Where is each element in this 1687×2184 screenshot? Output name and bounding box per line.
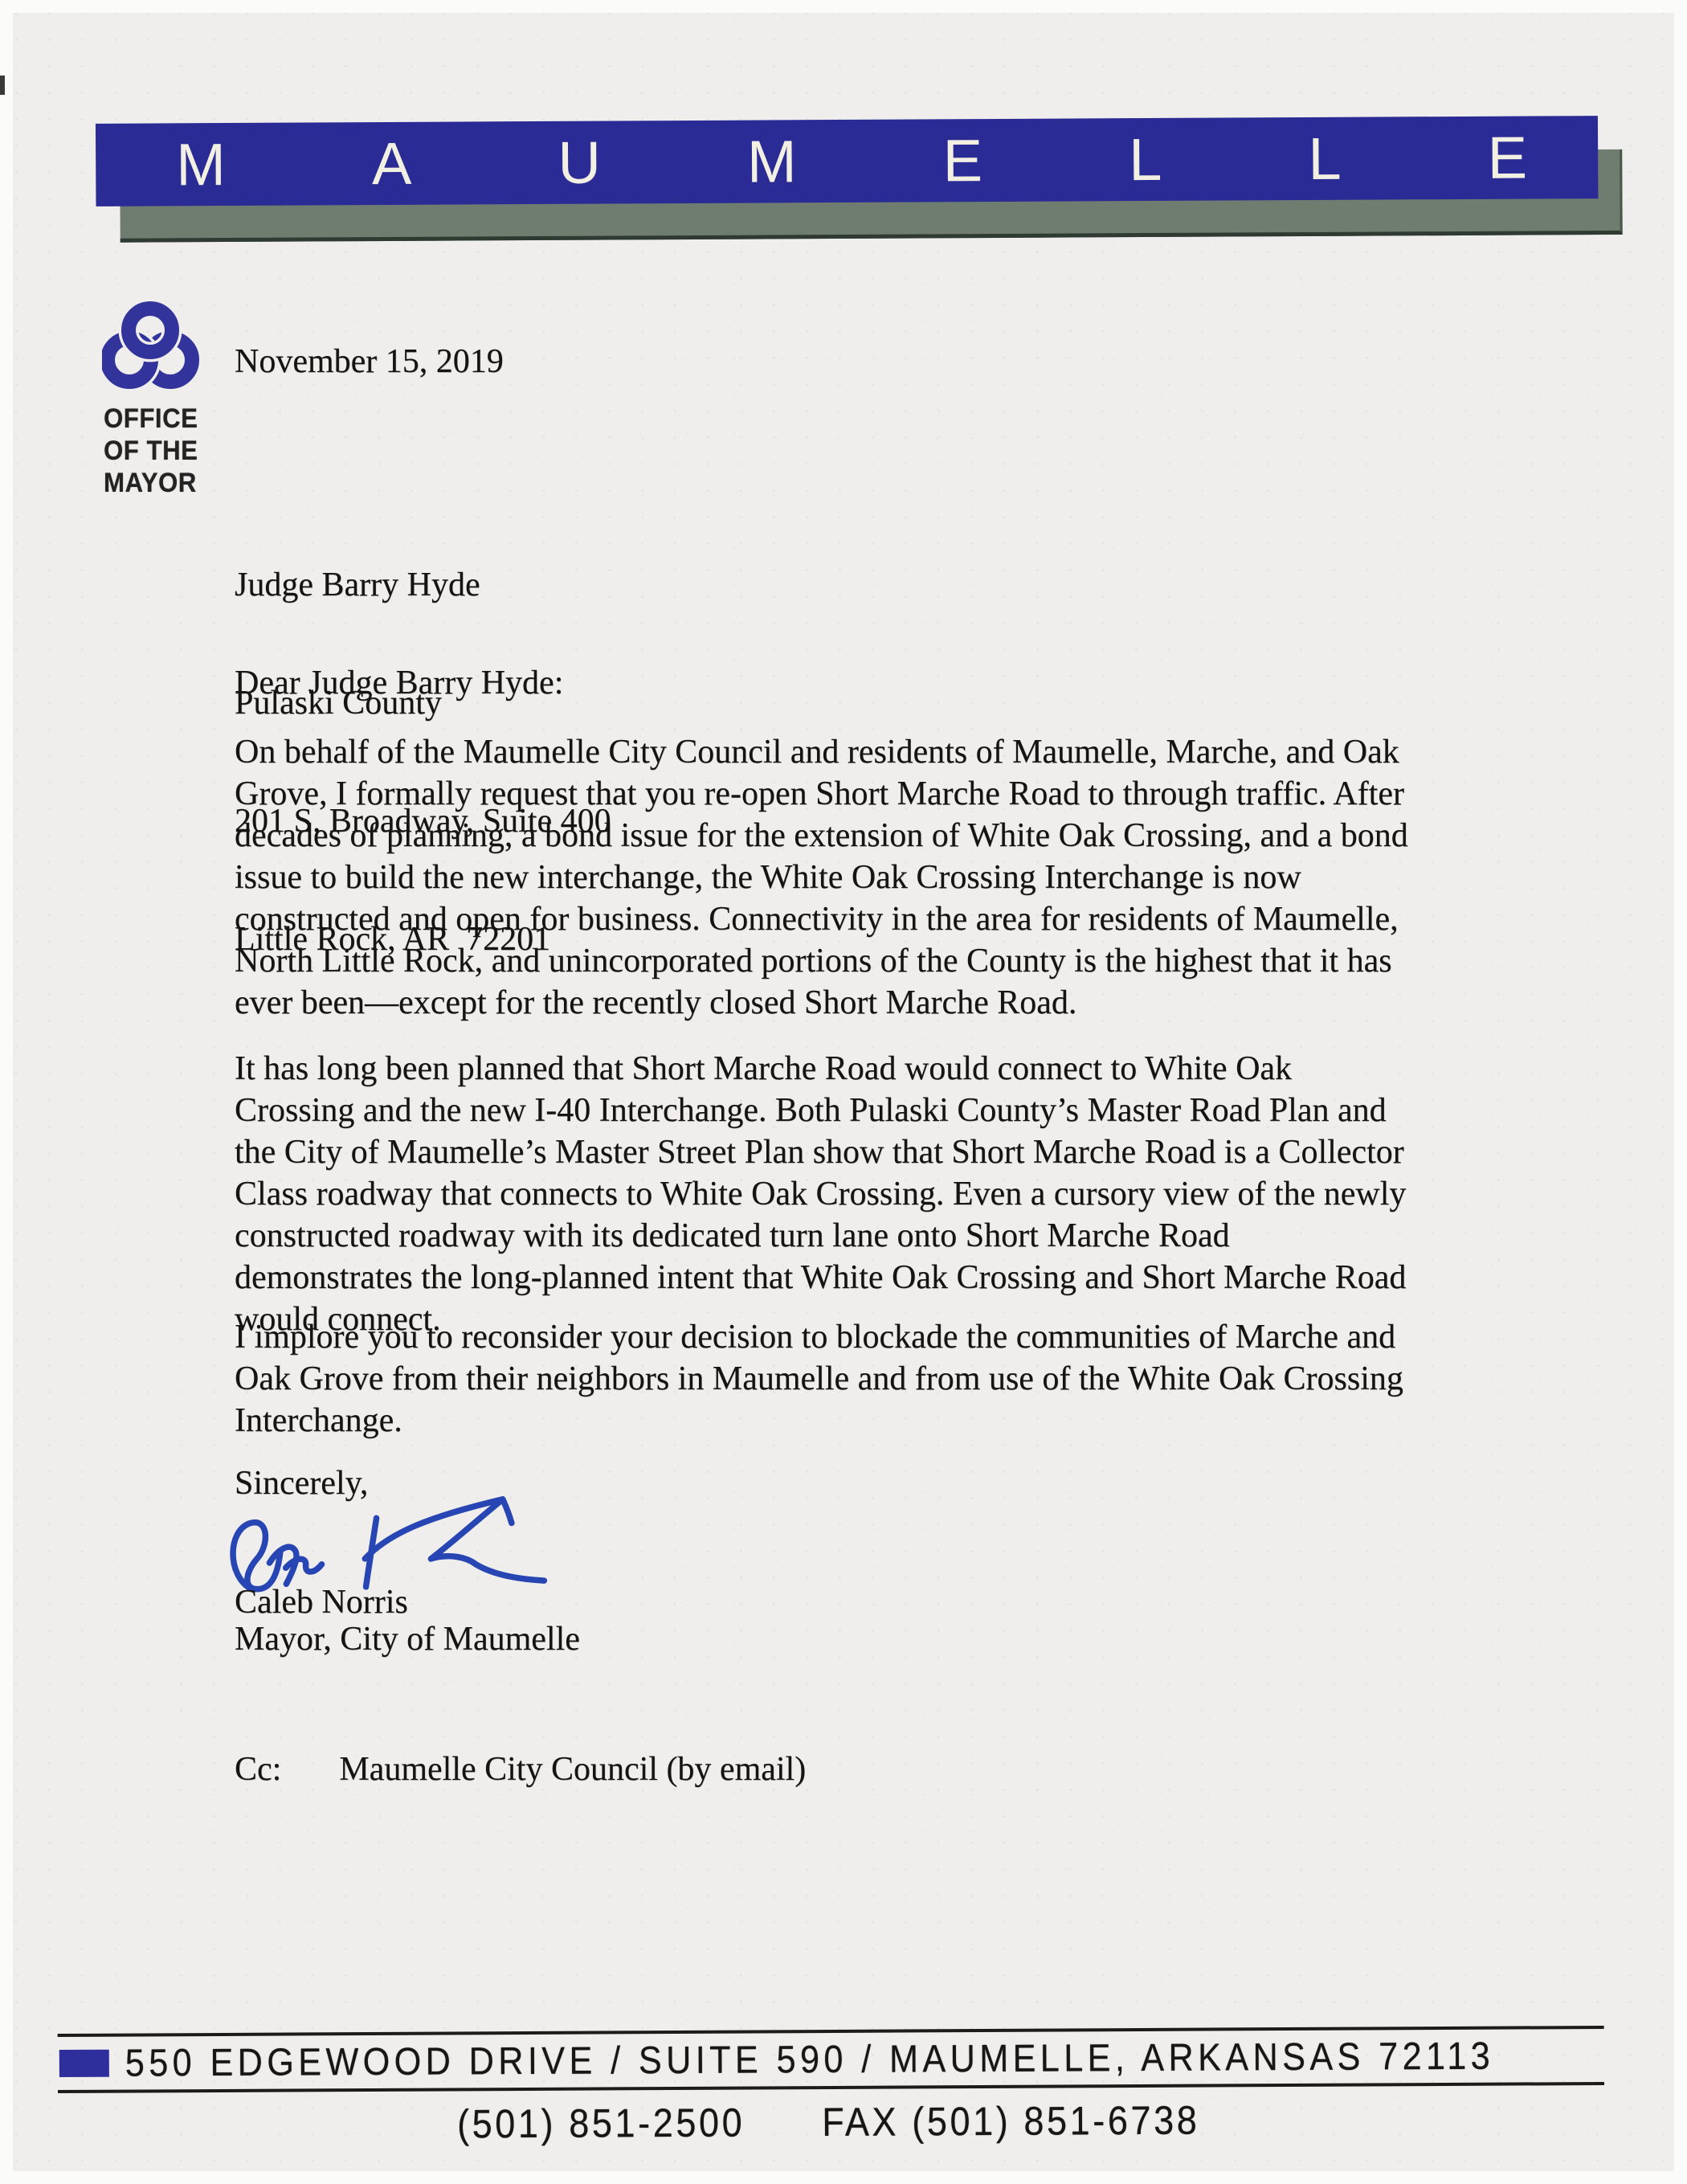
footer-accent-square	[59, 2050, 109, 2077]
office-label-line: MAYOR	[104, 467, 198, 499]
cc-row: Cc: Maumelle City Council (by email)	[235, 1748, 806, 1790]
office-label-line: OF THE	[104, 435, 198, 467]
banner-letter: E	[1488, 128, 1528, 187]
office-label-line: OFFICE	[104, 403, 198, 435]
banner-letter: M	[747, 132, 797, 191]
banner-blue-bar: M A U M E L L E	[96, 116, 1599, 207]
banner-letter: U	[558, 133, 601, 192]
banner-letter: M	[176, 135, 226, 194]
banner-letter: L	[1129, 129, 1162, 189]
footer-fax: FAX (501) 851-6738	[823, 2097, 1200, 2145]
footer: 550 EDGEWOOD DRIVE / SUITE 590 / MAUMELL…	[58, 2026, 1605, 2149]
banner-letter: E	[943, 131, 983, 190]
maumelle-rings-logo-icon	[102, 301, 199, 391]
recipient-line: Judge Barry Hyde	[235, 566, 611, 605]
footer-address: 550 EDGEWOOD DRIVE / SUITE 590 / MAUMELL…	[125, 2034, 1495, 2085]
body-paragraph-2: It has long been planned that Short Marc…	[235, 1048, 1414, 1340]
salutation: Dear Judge Barry Hyde:	[235, 662, 563, 704]
footer-phone: (501) 851-2500	[457, 2100, 745, 2148]
cc-value: Maumelle City Council (by email)	[339, 1748, 806, 1790]
scanned-letter-page: M A U M E L L E OFFICE OF THE MAYOR Nove…	[0, 0, 1687, 2184]
banner-letter: L	[1308, 129, 1342, 188]
cc-label: Cc:	[235, 1748, 281, 1790]
footer-address-row: 550 EDGEWOOD DRIVE / SUITE 590 / MAUMELL…	[58, 2029, 1604, 2090]
letterhead-banner: M A U M E L L E	[0, 0, 1687, 261]
body-paragraph-3: I implore you to reconsider your decisio…	[235, 1316, 1414, 1442]
signer-title: Mayor, City of Maumelle	[235, 1618, 580, 1660]
footer-phones: (501) 851-2500 FAX (501) 851-6738	[58, 2095, 1604, 2149]
signer-name: Caleb Norris	[235, 1581, 408, 1623]
office-of-the-mayor-label: OFFICE OF THE MAYOR	[104, 403, 198, 499]
banner-letter: A	[372, 133, 412, 193]
letter-date: November 15, 2019	[235, 341, 504, 382]
body-paragraph-1: On behalf of the Maumelle City Council a…	[235, 731, 1414, 1024]
